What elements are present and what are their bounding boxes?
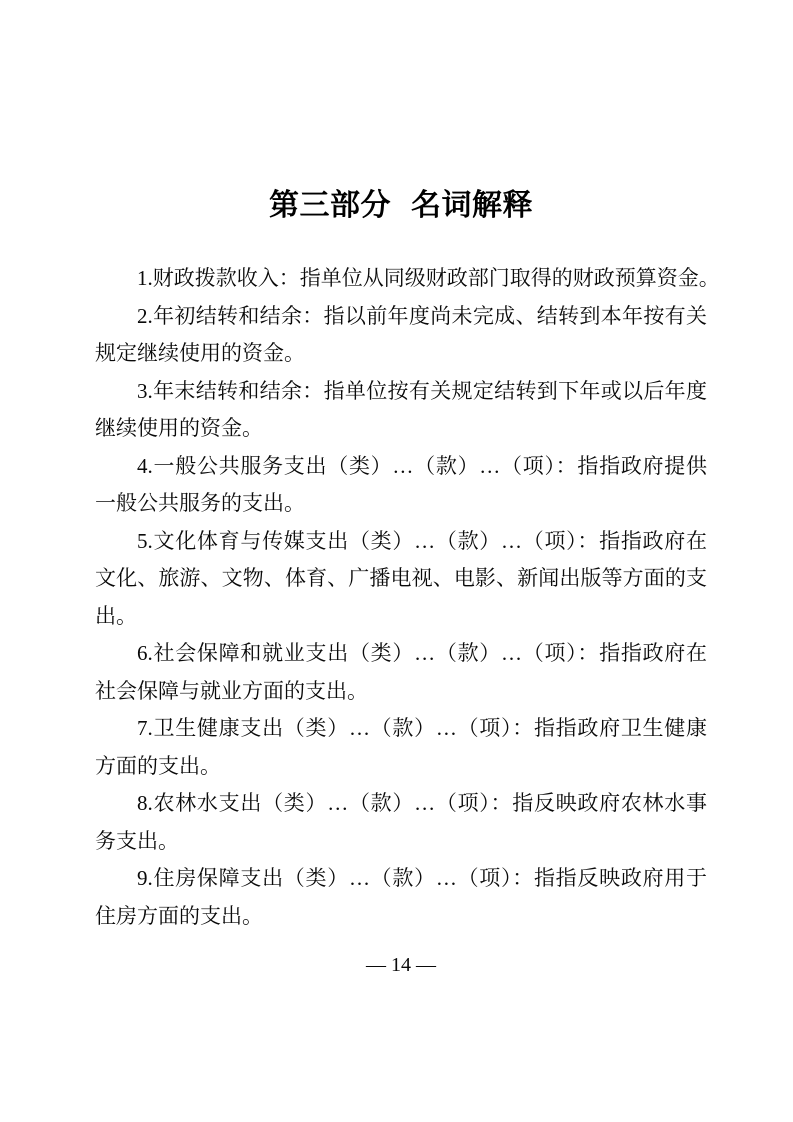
definition-paragraph-4: 4.一般公共服务支出（类）…（款）…（项）：指指政府提供一般公共服务的支出。 (95, 448, 707, 523)
definition-paragraph-1: 1.财政拨款收入：指单位从同级财政部门取得的财政预算资金。 (95, 260, 707, 298)
definition-paragraph-7: 7.卫生健康支出（类）…（款）…（项）：指指政府卫生健康方面的支出。 (95, 710, 707, 785)
page-title: 第三部分 名词解释 (95, 185, 707, 227)
document-body: 1.财政拨款收入：指单位从同级财政部门取得的财政预算资金。 2.年初结转和结余：… (95, 260, 707, 935)
definition-paragraph-2: 2.年初结转和结余：指以前年度尚未完成、结转到本年按有关规定继续使用的资金。 (95, 298, 707, 373)
definition-paragraph-3: 3.年末结转和结余：指单位按有关规定结转到下年或以后年度继续使用的资金。 (95, 373, 707, 448)
page-number: — 14 — (366, 954, 436, 976)
definition-paragraph-9: 9.住房保障支出（类）…（款）…（项）：指指反映政府用于住房方面的支出。 (95, 860, 707, 935)
definition-paragraph-5: 5.文化体育与传媒支出（类）…（款）…（项）：指指政府在文化、旅游、文物、体育、… (95, 523, 707, 636)
definition-paragraph-8: 8.农林水支出（类）…（款）…（项）：指反映政府农林水事务支出。 (95, 785, 707, 860)
page-footer: — 14 — (95, 951, 707, 979)
document-page: 第三部分 名词解释 1.财政拨款收入：指单位从同级财政部门取得的财政预算资金。 … (0, 0, 793, 1122)
definition-paragraph-6: 6.社会保障和就业支出（类）…（款）…（项）：指指政府在社会保障与就业方面的支出… (95, 635, 707, 710)
